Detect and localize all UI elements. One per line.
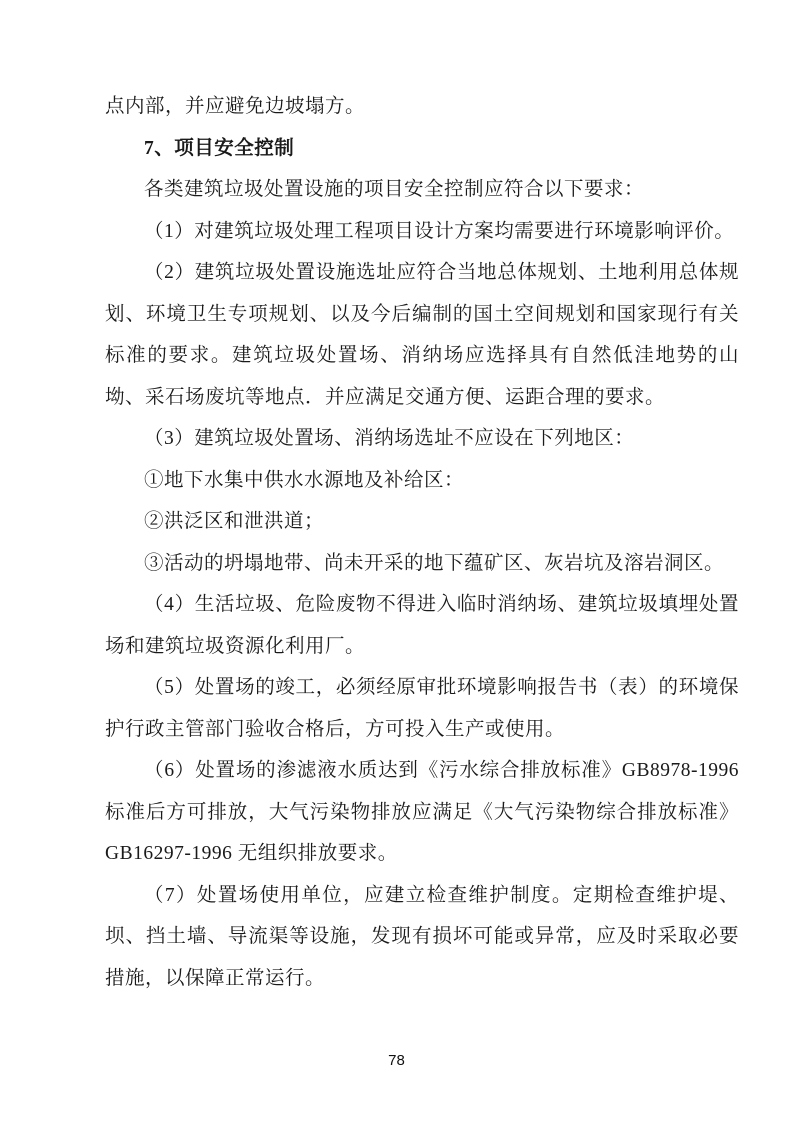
- page-number: 78: [0, 1052, 793, 1069]
- paragraph-continuation: 点内部，并应避免边坡塌方。: [105, 86, 739, 128]
- paragraph-subitem-1: ①地下水集中供水水源地及补给区：: [105, 460, 739, 502]
- paragraph-item-4: （4）生活垃圾、危险废物不得进入临时消纳场、建筑垃圾填埋处置场和建筑垃圾资源化利…: [105, 584, 739, 667]
- paragraph-item-7: （7）处置场使用单位，应建立检查维护制度。定期检查维护堤、坝、挡土墙、导流渠等设…: [105, 875, 739, 1000]
- document-body: 点内部，并应避免边坡塌方。 7、项目安全控制 各类建筑垃圾处置设施的项目安全控制…: [105, 86, 739, 999]
- document-page: 点内部，并应避免边坡塌方。 7、项目安全控制 各类建筑垃圾处置设施的项目安全控制…: [0, 0, 793, 1122]
- paragraph-item-3: （3）建筑垃圾处置场、消纳场选址不应设在下列地区：: [105, 418, 739, 460]
- paragraph-item-2: （2）建筑垃圾处置设施选址应符合当地总体规划、土地利用总体规划、环境卫生专项规划…: [105, 252, 739, 418]
- paragraph-subitem-2: ②洪泛区和泄洪道；: [105, 501, 739, 543]
- section-heading: 7、项目安全控制: [105, 128, 739, 170]
- paragraph-item-6: （6）处置场的渗滤液水质达到《污水综合排放标准》GB8978-1996 标准后方…: [105, 750, 739, 875]
- paragraph-intro: 各类建筑垃圾处置设施的项目安全控制应符合以下要求：: [105, 169, 739, 211]
- paragraph-item-1: （1）对建筑垃圾处理工程项目设计方案均需要进行环境影响评价。: [105, 211, 739, 253]
- paragraph-item-5: （5）处置场的竣工，必须经原审批环境影响报告书（表）的环境保护行政主管部门验收合…: [105, 667, 739, 750]
- paragraph-subitem-3: ③活动的坍塌地带、尚未开采的地下蕴矿区、灰岩坑及溶岩洞区。: [105, 543, 739, 585]
